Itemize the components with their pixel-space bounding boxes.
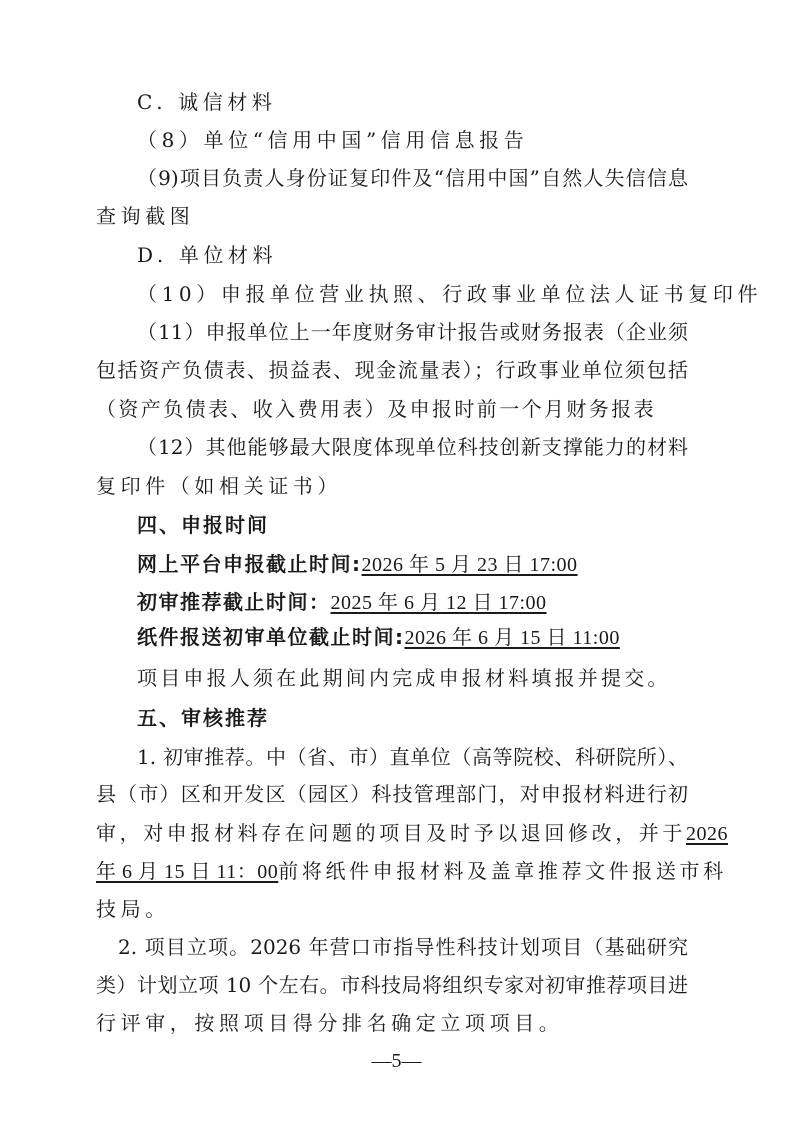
deadline-online-value: 2026 年 5 月 23 日 17:00 [362,554,578,576]
list-item-11: （11）申报单位上一年度财务审计报告或财务报表（企业须 [137,318,688,346]
review-item-1-cont-4: 技局。 [96,895,688,923]
review-item-2-cont-2: 行评审，按照项目得分排名确定立项项目。 [96,1009,688,1037]
deadline-review: 初审推荐截止时间：2025 年 6 月 12 日 17:00 [137,588,688,617]
deadline-review-label: 初审推荐截止时间： [137,590,331,614]
review-item-2-cont-1: 类）计划立项 10 个左右。市科技局将组织专家对初审推荐项目进 [96,971,688,999]
review-text: 审，对申报材料存在问题的项目及时予以退回修改，并于 [96,821,686,845]
deadline-paper-label: 纸件报送初审单位截止时间: [137,625,405,649]
list-item-9-cont: 查询截图 [96,202,688,230]
section-5-heading: 五、审核推荐 [137,704,688,732]
section-d-heading: D. 单位材料 [137,241,688,269]
review-item-1: 1. 初审推荐。中（省、市）直单位（高等院校、科研院所）、 [137,743,688,771]
list-item-11-cont-2: （资产负债表、收入费用表）及申报时前一个月财务报表 [96,395,688,423]
section-4-heading: 四、申报时间 [137,511,688,539]
review-date-rest: 年 6 月 15 日 11：00 [96,861,278,883]
deadline-paper: 纸件报送初审单位截止时间:2026 年 6 月 15 日 11:00 [137,623,688,652]
page-number: —5— [0,1050,793,1073]
list-item-11-cont-1: 包括资产负债表、损益表、现金流量表）；行政事业单位须包括 [96,356,688,384]
deadline-note: 项目申报人须在此期间内完成申报材料填报并提交。 [137,664,688,692]
list-item-10: （10）申报单位营业执照、行政事业单位法人证书复印件 [137,280,688,308]
review-item-1-cont-3: 年 6 月 15 日 11：00前将纸件申报材料及盖章推荐文件报送市科 [96,857,688,886]
list-item-9: （9)项目负责人身份证复印件及“信用中国”自然人失信信息 [137,164,688,192]
list-item-12: （12）其他能够最大限度体现单位科技创新支撑能力的材料 [137,433,688,461]
review-text-2: 前将纸件申报材料及盖章推荐文件报送市科 [278,859,726,883]
deadline-online: 网上平台申报截止时间:2026 年 5 月 23 日 17:00 [137,550,688,579]
section-c-heading: C. 诚信材料 [137,88,688,116]
deadline-paper-value: 2026 年 6 月 15 日 11:00 [405,627,620,649]
review-item-1-cont-1: 县（市）区和开发区（园区）科技管理部门，对申报材料进行初 [96,780,688,808]
list-item-12-cont: 复印件（如相关证书） [96,472,688,500]
deadline-online-label: 网上平台申报截止时间: [137,552,362,576]
review-date-year: 2026 [686,823,728,845]
review-item-1-cont-2: 审，对申报材料存在问题的项目及时予以退回修改，并于2026 [96,819,688,848]
deadline-review-value: 2025 年 6 月 12 日 17:00 [331,592,547,614]
list-item-8: （8）单位“信用中国”信用信息报告 [137,126,688,154]
review-item-2: 2. 项目立项。2026 年营口市指导性科技计划项目（基础研究 [118,933,688,961]
